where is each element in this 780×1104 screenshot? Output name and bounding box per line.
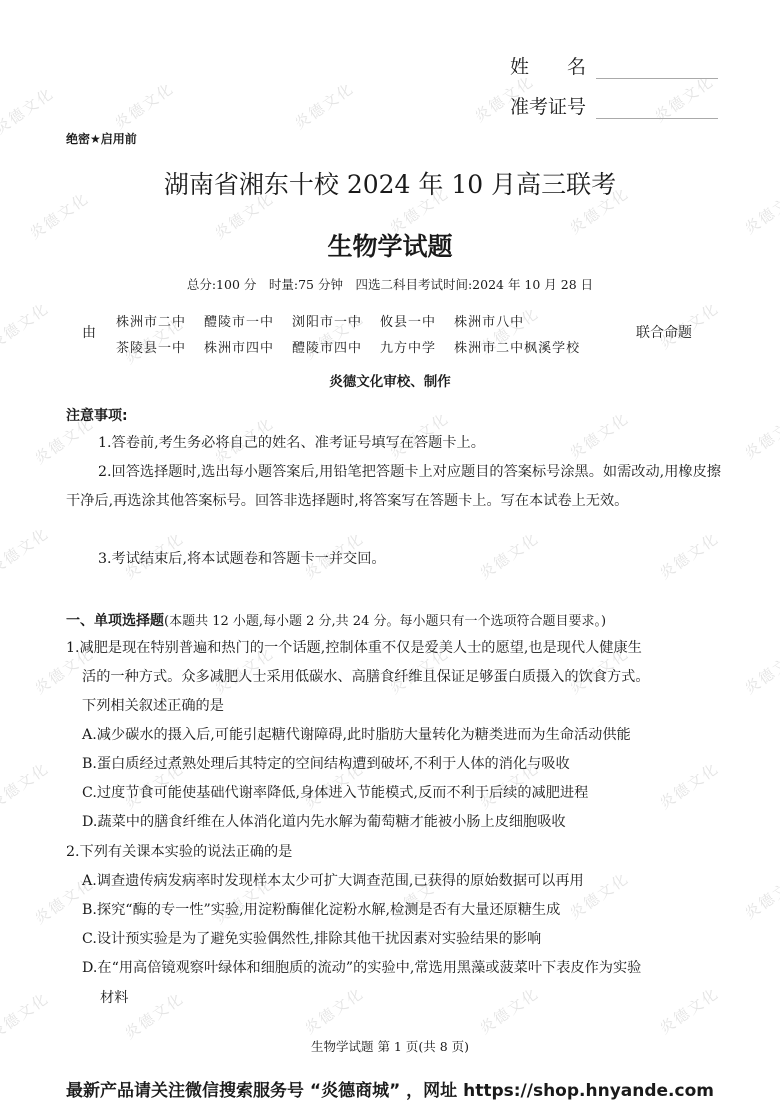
school: 九方中学 — [380, 337, 436, 356]
school: 醴陵市四中 — [292, 337, 362, 356]
notice-item: 2.回答选择题时,选出每小题答案后,用铅笔把答题卡上对应题目的答案标号涂黑。如需… — [66, 458, 722, 516]
question-2-stem: 2.下列有关课本实验的说法正确的是 — [66, 838, 726, 867]
question-1-option-b: B.蛋白质经过煮熟处理后其特定的空间结构遭到破坏,不利于人体的消化与吸收 — [82, 750, 726, 779]
schools-row-2: 茶陵县一中 株洲市四中 醴陵市四中 九方中学 株洲市二中枫溪学校 — [116, 337, 598, 356]
notice-item: 1.答卷前,考生务必将自己的姓名、准考证号填写在答题卡上。 — [66, 429, 722, 458]
watermark: 炎德文化 — [0, 522, 53, 578]
watermark: 炎德文化 — [740, 407, 780, 463]
question-2-option-b: B.探究“酶的专一性”实验,用淀粉酶催化淀粉水解,检测是否有大量还原糖生成 — [82, 896, 726, 925]
watermark: 炎德文化 — [0, 757, 53, 813]
question-1-option-c: C.过度节食可能使基础代谢率降低,身体进入节能模式,反而不利于后续的减肥进程 — [82, 779, 726, 808]
exam-title: 湖南省湘东十校 2024 年 10 月高三联考 — [0, 165, 780, 201]
exam-id-label: 准考证号 — [510, 92, 594, 119]
watermark: 炎德文化 — [0, 297, 53, 353]
school: 株洲市四中 — [204, 337, 274, 356]
question-1-stem-line: 下列相关叙述正确的是 — [66, 692, 742, 721]
question-2-option-a: A.调查遗传病发病率时发现样本太少可扩大调查范围,已获得的原始数据可以再用 — [82, 867, 726, 896]
question-2-option-d: D.在“用高倍镜观察叶绿体和细胞质的流动”的实验中,常选用黑藻或菠菜叶下表皮作为… — [82, 954, 726, 983]
producer: 炎德文化审校、制作 — [0, 370, 780, 390]
exam-meta: 总分:100 分 时量:75 分钟 四选二科目考试时间:2024 年 10 月 … — [0, 275, 780, 293]
watermark: 炎德文化 — [110, 77, 178, 133]
promo-banner: 最新产品请关注微信搜索服务号 “炎德商城” ，网址 https://shop.h… — [0, 1076, 780, 1101]
question-1-stem-line: 1.减肥是现在特别普遍和热门的一个话题,控制体重不仅是爱美人士的愿望,也是现代人… — [66, 634, 726, 663]
watermark: 炎德文化 — [740, 642, 780, 698]
school: 株洲市八中 — [454, 311, 524, 330]
watermark: 炎德文化 — [0, 82, 58, 138]
name-label: 姓 名 — [510, 52, 594, 79]
notice-item: 3.考试结束后,将本试题卷和答题卡一并交回。 — [66, 545, 722, 574]
secret-mark: 绝密★启用前 — [66, 130, 137, 147]
section-heading: 一、单项选择题(本题共 12 小题,每小题 2 分,共 24 分。每小题只有一个… — [66, 610, 606, 630]
watermark: 炎德文化 — [740, 867, 780, 923]
exam-id-field: 准考证号 — [510, 92, 718, 119]
school: 浏阳市一中 — [292, 311, 362, 330]
name-blank — [596, 56, 718, 79]
school: 茶陵县一中 — [116, 337, 186, 356]
question-2-option-d-cont: 材料 — [82, 984, 744, 1013]
school: 醴陵市一中 — [204, 311, 274, 330]
by-label: 由 — [82, 322, 96, 342]
joint-label: 联合命题 — [636, 322, 692, 342]
question-2-option-c: C.设计预实验是为了避免实验偶然性,排除其他干扰因素对实验结果的影响 — [82, 925, 726, 954]
school: 攸县一中 — [380, 311, 436, 330]
section-desc: (本题共 12 小题,每小题 2 分,共 24 分。每小题只有一个选项符合题目要… — [164, 614, 606, 629]
question-1-option-d: D.蔬菜中的膳食纤维在人体消化道内先水解为葡萄糖才能被小肠上皮细胞吸收 — [82, 808, 726, 837]
name-field: 姓 名 — [510, 52, 718, 79]
schools-row-1: 株洲市二中 醴陵市一中 浏阳市一中 攸县一中 株洲市八中 — [116, 311, 542, 330]
section-title: 一、单项选择题 — [66, 613, 164, 629]
page-footer: 生物学试题 第 1 页(共 8 页) — [0, 1037, 780, 1055]
question-1-option-a: A.减少碳水的摄入后,可能引起糖代谢障碍,此时脂肪大量转化为糖类进而为生命活动供… — [82, 721, 726, 750]
exam-id-blank — [596, 96, 718, 119]
subject-title: 生物学试题 — [0, 227, 780, 263]
question-1-stem-line: 活的一种方式。众多减肥人士采用低碳水、高膳食纤维且保证足够蛋白质摄入的饮食方式。 — [66, 663, 742, 692]
notice-title: 注意事项: — [66, 405, 128, 425]
watermark: 炎德文化 — [290, 77, 358, 133]
school: 株洲市二中枫溪学校 — [454, 337, 580, 356]
school: 株洲市二中 — [116, 311, 186, 330]
watermark: 炎德文化 — [0, 987, 53, 1043]
